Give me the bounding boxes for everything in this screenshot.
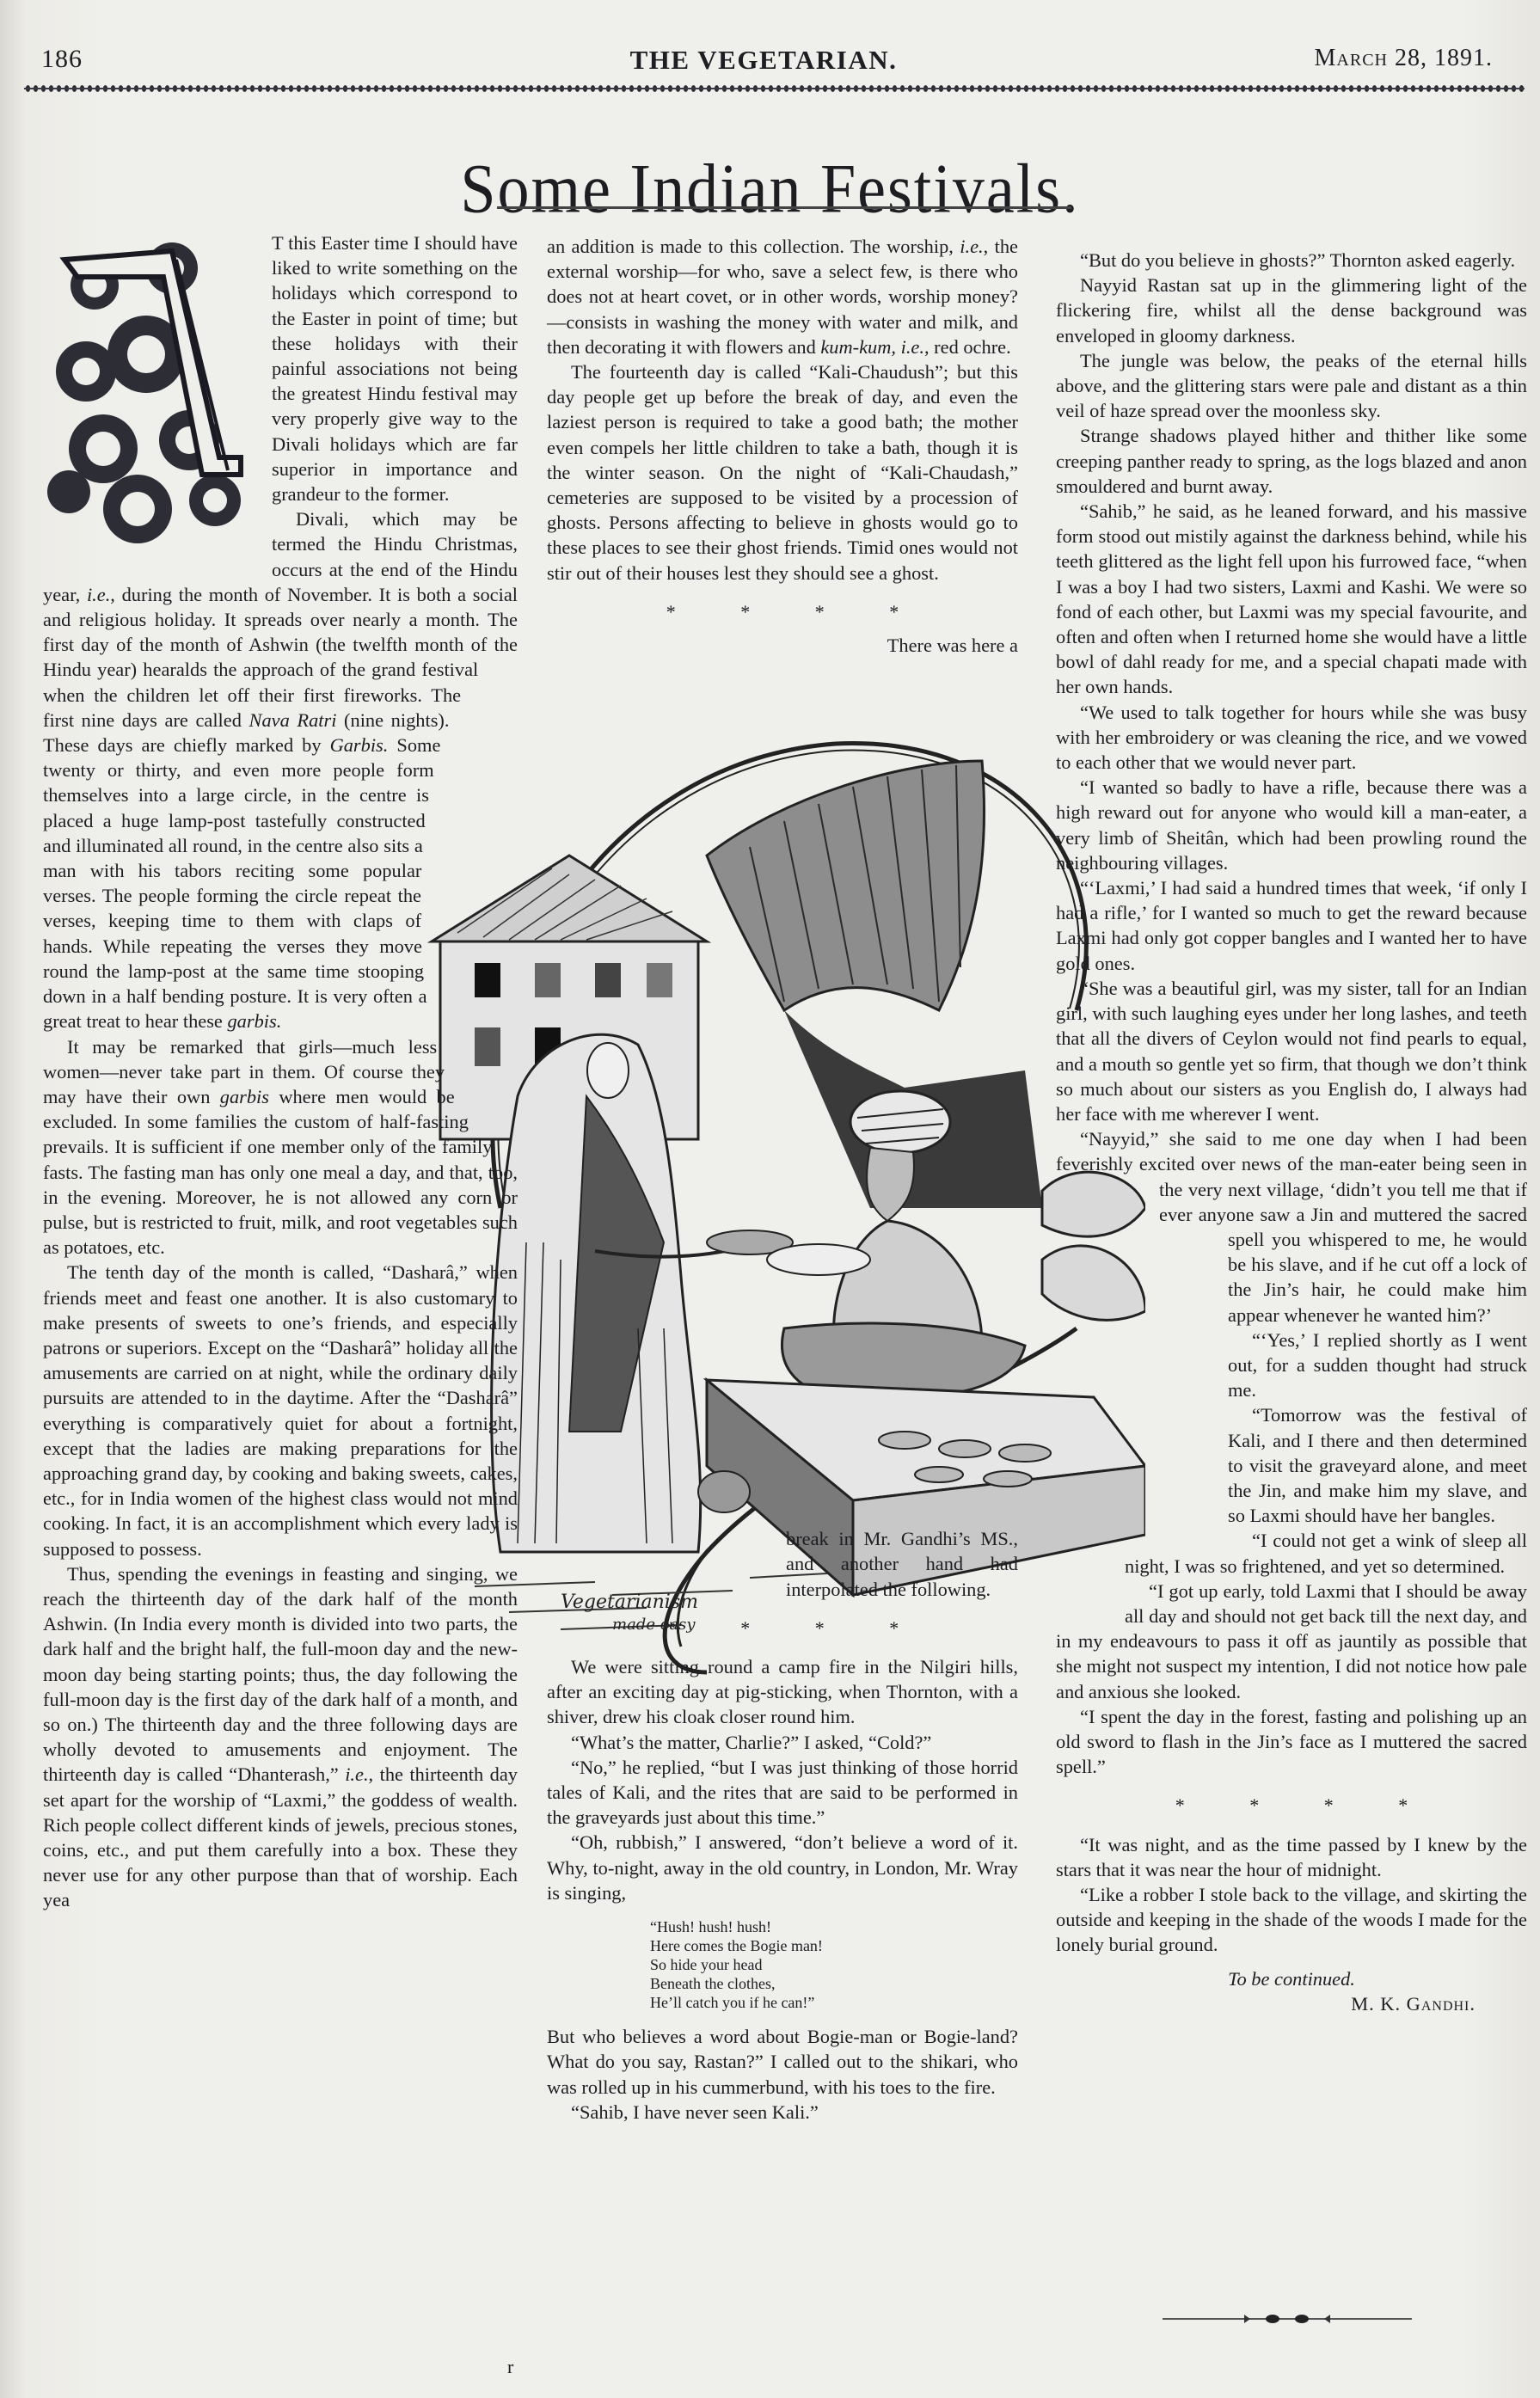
paragraph-never-seen-kali: “Sahib, I have never seen Kali.”	[547, 2100, 1018, 2125]
editorial-note-top: There was here a	[547, 633, 1018, 658]
paragraph-beautiful-girl: “She was a beautiful girl, was my sister…	[1056, 976, 1527, 1126]
drop-cap-a-icon	[43, 225, 256, 562]
paragraph-talk-together: “We used to talk together for hours whil…	[1056, 700, 1527, 776]
paragraph-camp-fire: We were sitting round a camp fire in the…	[547, 1654, 1018, 1730]
illustration-space	[547, 658, 1018, 1526]
end-ornament-rule	[1163, 2313, 1412, 2325]
running-head: 186 THE VEGETARIAN. March 28, 1891.	[34, 45, 1493, 79]
paragraph-wink-of-sleep: “I could not get a wink of sleep all nig…	[1056, 1528, 1527, 1578]
paragraph-whats-the-matter: “What’s the matter, Charlie?” I asked, “…	[547, 1730, 1018, 1755]
verse-line: He’ll catch you if he can!”	[650, 1993, 1018, 2012]
verse-line: “Hush! hush! hush!	[650, 1917, 1018, 1936]
column-3: “But do you believe in ghosts?” Thornton…	[1056, 248, 1527, 2016]
column-1: T this Easter time I should have liked t…	[43, 230, 518, 1913]
paragraph-jungle: The jungle was below, the peaks of the e…	[1056, 348, 1527, 424]
verse-line: Here comes the Bogie man!	[650, 1936, 1018, 1955]
to-be-continued: To be continued.	[1056, 1966, 1527, 1991]
song-verse: “Hush! hush! hush! Here comes the Bogie …	[650, 1917, 1018, 2012]
paragraph-no-he-replied: “No,” he replied, “but I was just thinki…	[547, 1755, 1018, 1831]
magazine-page: 186 THE VEGETARIAN. March 28, 1891. Some…	[0, 0, 1540, 2398]
paragraph-like-a-robber: “Like a robber I stole back to the villa…	[1056, 1882, 1527, 1958]
author-signature: M. K. Gandhi.	[1056, 1991, 1476, 2016]
column-2: an addition is made to this collection. …	[547, 234, 1018, 2125]
section-break-stars-2: * * * *	[547, 1616, 1018, 1641]
verse-line: Beneath the clothes,	[650, 1974, 1018, 1993]
editorial-note-bottom: break in Mr. Gandhi’s MS., and another h…	[786, 1526, 1018, 1602]
article-title: Some Indian Festivals.	[0, 149, 1540, 230]
paragraph-laxmi-hundred-times: “‘Laxmi,’ I had said a hundred times tha…	[1056, 875, 1527, 976]
paragraph-believe-in-ghosts: “But do you believe in ghosts?” Thornton…	[1056, 248, 1527, 273]
paragraph-dashara: The tenth day of the month is called, “D…	[43, 1260, 518, 1561]
paragraph-sahib-sisters: “Sahib,” he said, as he leaned forward, …	[1056, 499, 1527, 700]
section-break-stars-3: * * * *	[1056, 1793, 1527, 1818]
title-rule	[497, 206, 1071, 209]
paragraph-nayyid-rastan: Nayyid Rastan sat up in the glimmering l…	[1056, 273, 1527, 348]
paragraph-spent-the-day: “I spent the day in the forest, fasting …	[1056, 1704, 1527, 1780]
paragraph-shadows: Strange shadows played hither and thithe…	[1056, 423, 1527, 499]
catchword: r	[507, 2356, 513, 2378]
ornamental-drop-cap	[43, 225, 256, 562]
paragraph-oh-rubbish: “Oh, rubbish,” I answered, “don’t believ…	[547, 1830, 1018, 1905]
paragraph-kali-chaudush: The fourteenth day is called “Kali-Chaud…	[547, 359, 1018, 586]
paragraph-worship: an addition is made to this collection. …	[547, 234, 1018, 359]
paragraph-rifle: “I wanted so badly to have a rifle, beca…	[1056, 775, 1527, 875]
ornamental-rule	[24, 82, 1525, 95]
verse-line: So hide your head	[650, 1955, 1018, 1974]
issue-date: March 28, 1891.	[1315, 45, 1493, 72]
paragraph-got-up-early: “I got up early, told Laxmi that I shoul…	[1056, 1579, 1527, 1704]
magazine-title: THE VEGETARIAN.	[34, 45, 1493, 76]
paragraph-bogie-man: But who believes a word about Bogie-man …	[547, 2024, 1018, 2100]
paragraph-it-was-night: “It was night, and as the time passed by…	[1056, 1832, 1527, 1882]
paragraph-thirteenth-day: Thus, spending the evenings in feasting …	[43, 1561, 518, 1913]
section-break-stars: * * * *	[547, 599, 1018, 624]
